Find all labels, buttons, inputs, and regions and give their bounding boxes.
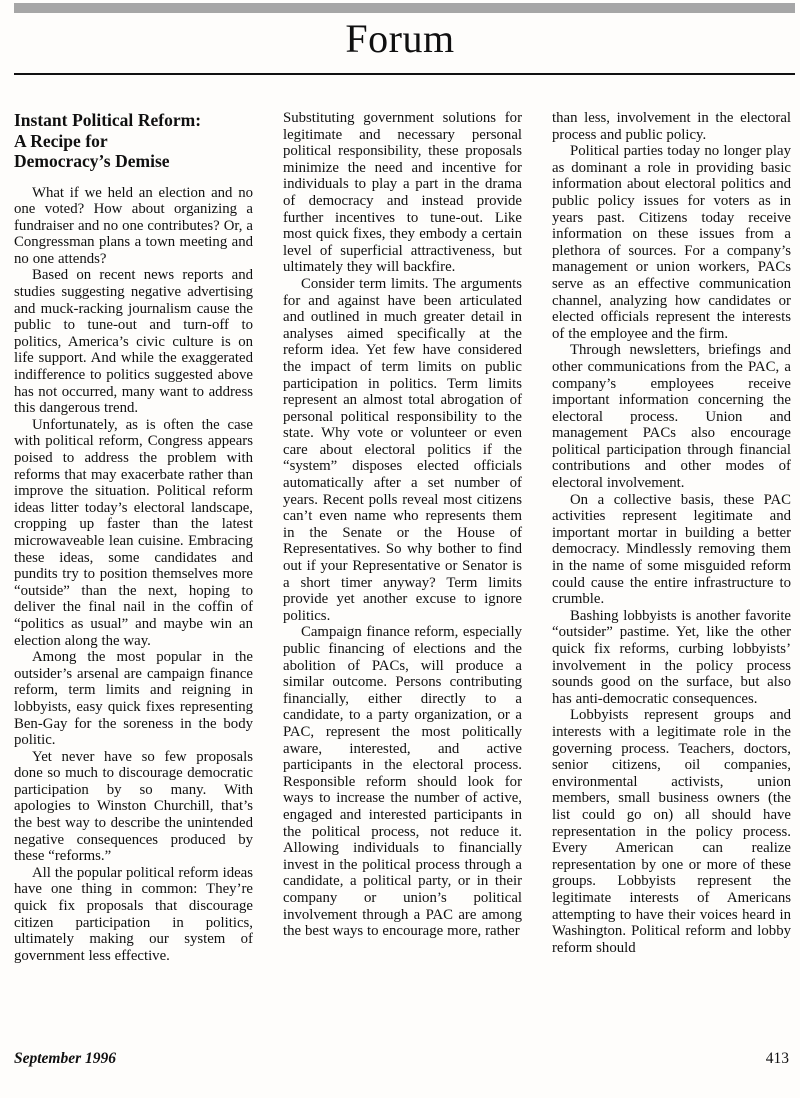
article-paragraph: Through newsletters, briefings and other… — [552, 342, 791, 491]
top-gray-bar — [14, 3, 795, 13]
article-paragraph: Yet never have so few proposals done so … — [14, 749, 253, 865]
article-heading: Instant Political Reform: A Recipe for D… — [14, 110, 253, 172]
article-paragraph: Campaign finance reform, especially publ… — [283, 624, 522, 939]
article-paragraph: Consider term limits. The arguments for … — [283, 276, 522, 624]
article-paragraph: Lobbyists represent groups and interests… — [552, 707, 791, 956]
article-paragraph: What if we held an election and no one v… — [14, 185, 253, 268]
article-paragraph: On a collective basis, these PAC activit… — [552, 492, 791, 608]
article-column-3: than less, involvement in the electoral … — [552, 110, 791, 964]
article-body: Instant Political Reform: A Recipe for D… — [14, 110, 792, 964]
article-paragraph: Based on recent news reports and studies… — [14, 267, 253, 416]
article-paragraph: Substituting government solutions for le… — [283, 110, 522, 276]
article-column-1: Instant Political Reform: A Recipe for D… — [14, 110, 253, 964]
article-paragraph: Bashing lobbyists is another favorite “o… — [552, 608, 791, 708]
article-paragraph: Political parties today no longer play a… — [552, 143, 791, 342]
footer-issue-date: September 1996 — [14, 1050, 116, 1068]
header-rule — [14, 73, 795, 75]
article-paragraph: than less, involvement in the electoral … — [552, 110, 791, 143]
footer-page-number: 413 — [766, 1050, 789, 1068]
magazine-page: { "colors": { "top_bar": "#a6a6a6", "hea… — [0, 0, 800, 1098]
article-column-2: Substituting government solutions for le… — [283, 110, 522, 964]
page-title: Forum — [0, 14, 800, 64]
article-paragraph: Unfortunately, as is often the case with… — [14, 417, 253, 649]
article-paragraph: Among the most popular in the outsider’s… — [14, 649, 253, 749]
article-paragraph: All the popular political reform ideas h… — [14, 865, 253, 965]
